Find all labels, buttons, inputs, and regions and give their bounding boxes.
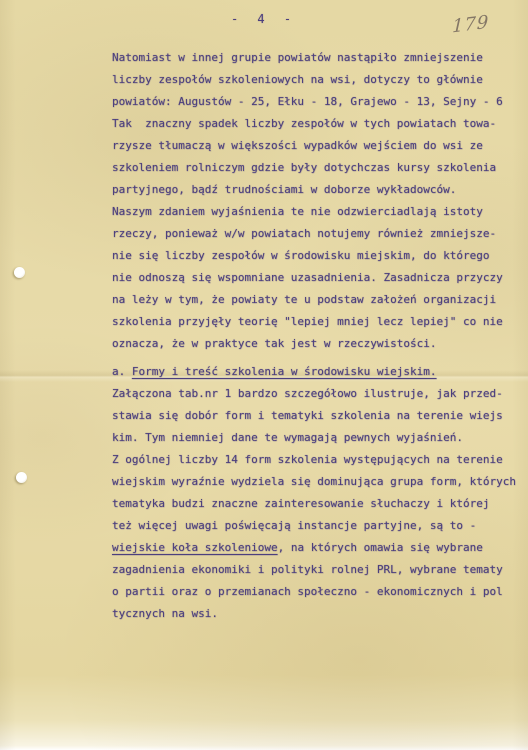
- punch-hole-bottom: [16, 472, 27, 483]
- text-line: kim. Tym niemniej dane te wymagają pewny…: [112, 427, 522, 449]
- text-line: powiatów: Augustów - 25, Ełku - 18, Graj…: [112, 91, 522, 113]
- text-line: wiejskim wyraźnie wydziela się dominując…: [112, 471, 522, 493]
- text-line: rzeczy, ponieważ w/w powiatach notujemy …: [112, 223, 522, 245]
- typewritten-text-block: Natomiast w innej grupie powiatów nastąp…: [112, 47, 522, 625]
- text-line: rzysze tłumaczą w większości wypadków we…: [112, 135, 522, 157]
- text-line: liczby zespołów szkoleniowych na wsi, do…: [112, 69, 522, 91]
- text-line: zagadnienia ekonomiki i polityki rolnej …: [112, 559, 522, 581]
- text-line: nie się liczby zespołów w środowisku mie…: [112, 245, 522, 267]
- text-line: Z ogólnej liczby 14 form szkolenia wystę…: [112, 449, 522, 471]
- handwritten-folio-number: 179: [452, 12, 490, 38]
- text-line: partyjnego, bądź trudnościami w doborze …: [112, 179, 522, 201]
- text-line: oznacza, że w praktyce tak jest w rzeczy…: [112, 333, 522, 355]
- text-line: wiejskie koła szkoleniowe, na których om…: [112, 537, 522, 559]
- text-line: nie odnoszą się wspomniane uzasadnienia.…: [112, 267, 522, 289]
- text-line: a. Formy i treść szkolenia w środowisku …: [112, 361, 522, 383]
- scanned-document-page: - 4 - 179 Natomiast w innej grupie powia…: [0, 0, 528, 750]
- text-line: Naszym zdaniem wyjaśnienia te nie odzwie…: [112, 201, 522, 223]
- text-line: Natomiast w innej grupie powiatów nastąp…: [112, 47, 522, 69]
- text-line: tematyka budzi znaczne zainteresowanie s…: [112, 493, 522, 515]
- text-line: szkolenia przyjęły teorię "lepiej mniej …: [112, 311, 522, 333]
- text-line: Załączona tab.nr 1 bardzo szczegółowo il…: [112, 383, 522, 405]
- text-line: szkoleniem rolniczym gdzie były dotychcz…: [112, 157, 522, 179]
- text-line: stawia się dobór form i tematyki szkolen…: [112, 405, 522, 427]
- text-line: Tak znaczny spadek liczby zespołów w tyc…: [112, 113, 522, 135]
- text-line: też więcej uwagi poświęcają instancje pa…: [112, 515, 522, 537]
- text-line: na leży w tym, że powiaty te u podstaw z…: [112, 289, 522, 311]
- text-line: o partii oraz o przemianach społeczno - …: [112, 581, 522, 603]
- page-number: - 4 -: [0, 12, 528, 26]
- text-line: tycznych na wsi.: [112, 603, 522, 625]
- punch-hole-top: [14, 267, 25, 278]
